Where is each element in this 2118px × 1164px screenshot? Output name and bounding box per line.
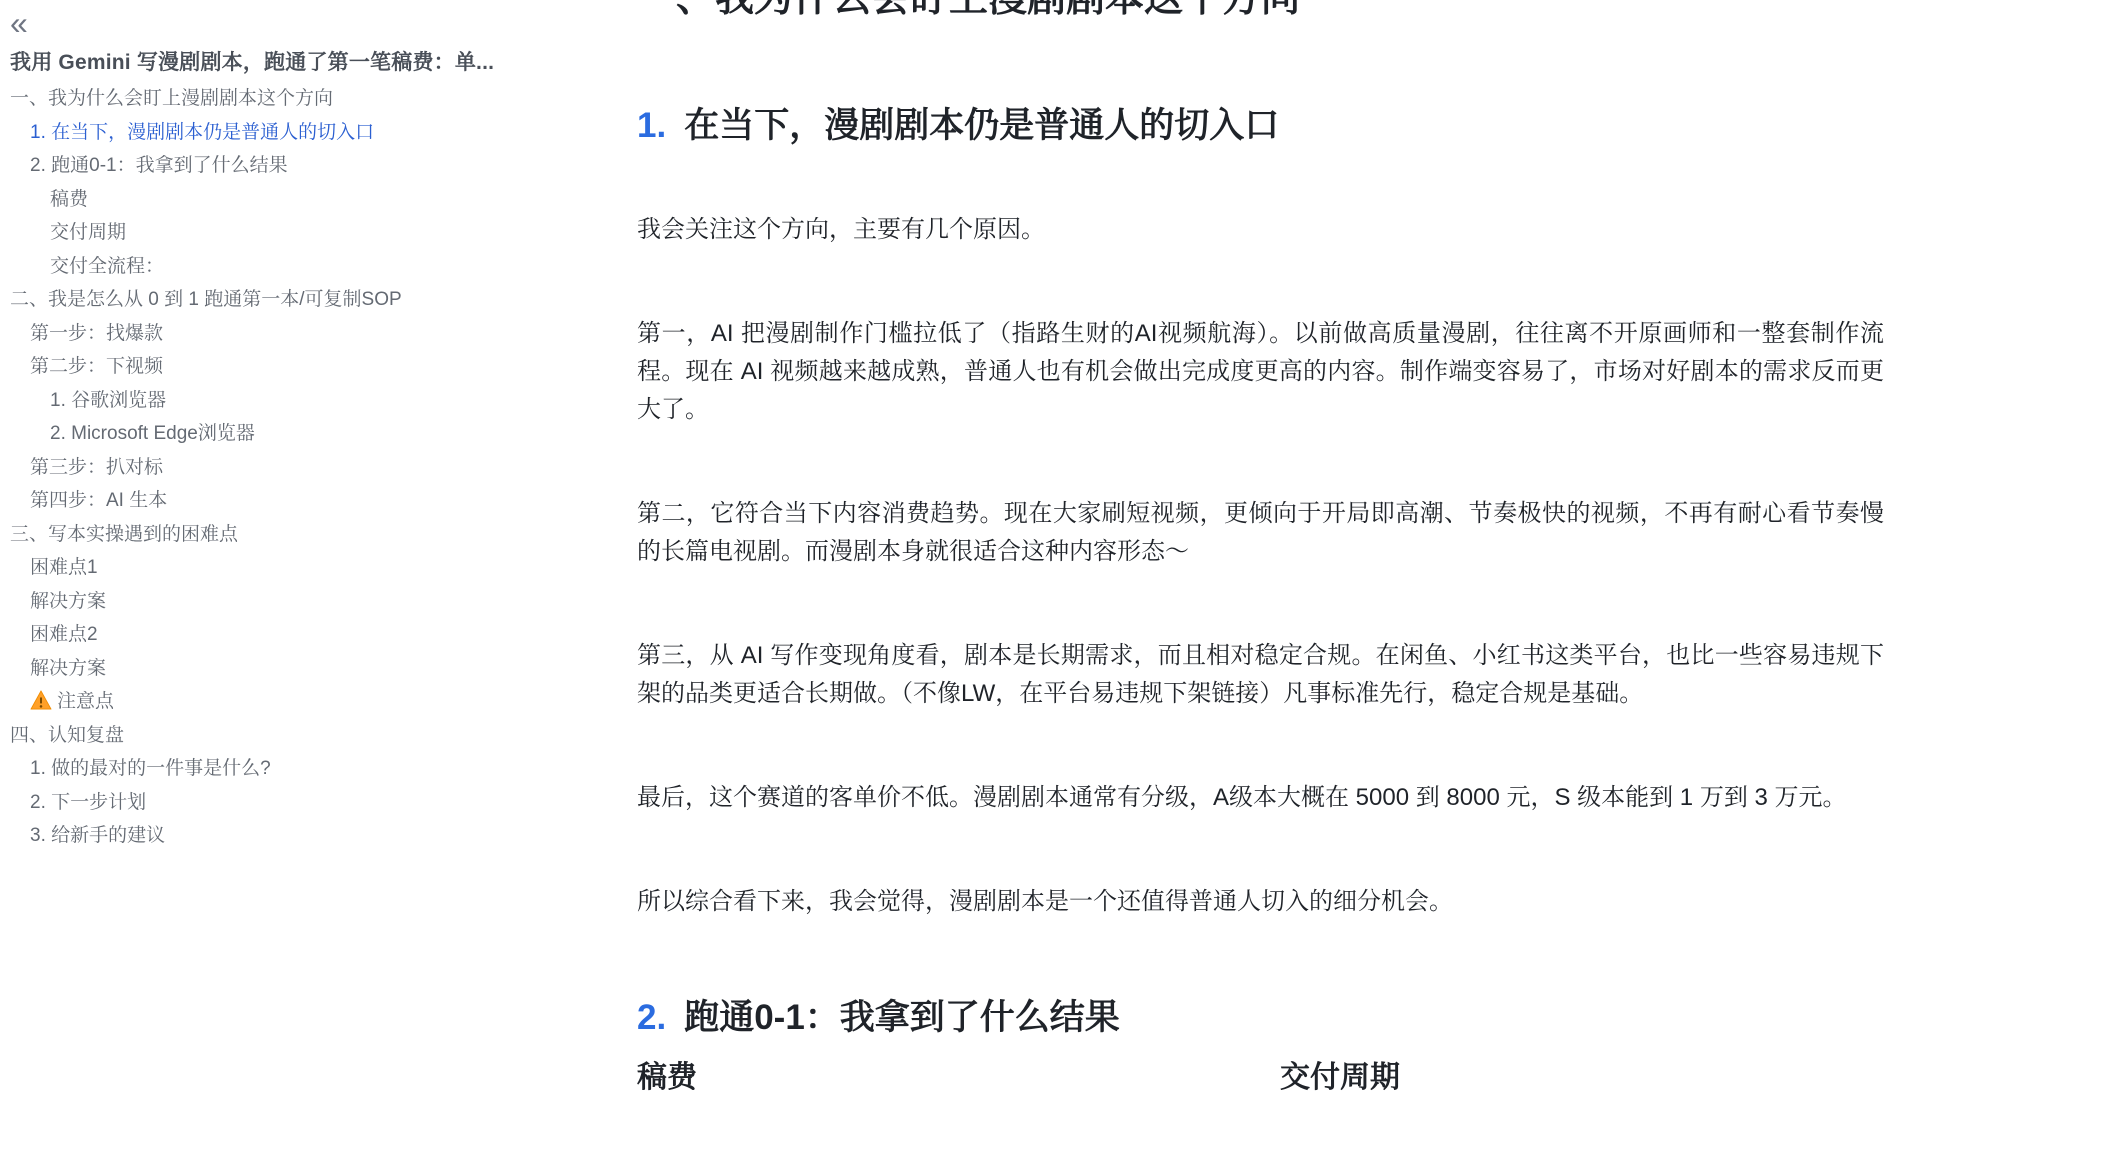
- heading-text: 在当下，漫剧剧本仍是普通人的切入口: [684, 106, 1279, 145]
- document-body: 1.在当下，漫剧剧本仍是普通人的切入口 我会关注这个方向，主要有几个原因。 第一…: [637, 0, 1884, 1098]
- toc-item[interactable]: 2. 下一步计划: [10, 784, 500, 818]
- paragraph: 第三，从 AI 写作变现角度看，剧本是长期需求，而且相对稳定合规。在闲鱼、小红书…: [637, 637, 1884, 713]
- toc-item[interactable]: 第二步：下视频: [10, 348, 500, 382]
- toc-item[interactable]: 三、写本实操遇到的困难点: [10, 516, 500, 550]
- warning-icon: [30, 690, 52, 710]
- double-chevron-left-icon: «: [10, 8, 28, 38]
- toc-item[interactable]: 稿费: [10, 181, 500, 215]
- toc-item[interactable]: 1. 谷歌浏览器: [10, 382, 500, 416]
- toc-item[interactable]: 困难点1: [10, 549, 500, 583]
- table-of-contents: 一、我为什么会盯上漫剧剧本这个方向 1. 在当下，漫剧剧本仍是普通人的切入口 2…: [10, 80, 500, 851]
- toc-item[interactable]: 3. 给新手的建议: [10, 817, 500, 851]
- subsection-heading: 2.跑通0-1：我拿到了什么结果: [637, 994, 1884, 1042]
- collapse-sidebar-button[interactable]: «: [10, 6, 46, 40]
- toc-item[interactable]: 一、我为什么会盯上漫剧剧本这个方向: [10, 80, 500, 114]
- toc-item[interactable]: 2. Microsoft Edge浏览器: [10, 415, 500, 449]
- subsection-heading: 1.在当下，漫剧剧本仍是普通人的切入口: [637, 102, 1884, 150]
- paragraph: 第二，它符合当下内容消费趋势。现在大家刷短视频，更倾向于开局即高潮、节奏极快的视…: [637, 495, 1884, 571]
- paragraph: 第一，AI 把漫剧制作门槛拉低了（指路生财的AI视频航海）。以前做高质量漫剧，往…: [637, 315, 1884, 429]
- toc-item[interactable]: 四、认知复盘: [10, 717, 500, 751]
- document-app: « 我用 Gemini 写漫剧剧本，跑通了第一笔稿费：单... 一、我为什么会盯…: [0, 0, 2118, 1164]
- section-heading-1: 一、我为什么会盯上漫剧剧本这个方向: [637, 0, 1300, 19]
- toc-item-active[interactable]: 1. 在当下，漫剧剧本仍是普通人的切入口: [10, 114, 500, 148]
- toc-item[interactable]: 1. 做的最对的一件事是什么?: [10, 750, 500, 784]
- heading-text: 跑通0-1：我拿到了什么结果: [684, 998, 1120, 1037]
- toc-item[interactable]: 交付周期: [10, 214, 500, 248]
- toc-item[interactable]: 解决方案: [10, 650, 500, 684]
- toc-sidebar: « 我用 Gemini 写漫剧剧本，跑通了第一笔稿费：单... 一、我为什么会盯…: [0, 0, 500, 1164]
- toc-item[interactable]: 交付全流程：: [10, 248, 500, 282]
- toc-item[interactable]: 第四步：AI 生本: [10, 482, 500, 516]
- column-heading-left: 稿费: [637, 1058, 1280, 1098]
- toc-item[interactable]: 解决方案: [10, 583, 500, 617]
- doc-title: 我用 Gemini 写漫剧剧本，跑通了第一笔稿费：单...: [10, 46, 496, 76]
- toc-item[interactable]: 二、我是怎么从 0 到 1 跑通第一本/可复制SOP: [10, 281, 500, 315]
- paragraph: 最后，这个赛道的客单价不低。漫剧剧本通常有分级，A级本大概在 5000 到 80…: [637, 779, 1884, 817]
- paragraph: 所以综合看下来，我会觉得，漫剧剧本是一个还值得普通人切入的细分机会。: [637, 883, 1884, 921]
- paragraph: 我会关注这个方向，主要有几个原因。: [637, 211, 1884, 249]
- toc-item[interactable]: 困难点2: [10, 616, 500, 650]
- toc-item-label: 注意点: [57, 686, 114, 713]
- column-heading-right: 交付周期: [1280, 1058, 1884, 1098]
- heading-number: 1.: [637, 106, 666, 145]
- heading-number: 2.: [637, 998, 666, 1037]
- document-content: 一、我为什么会盯上漫剧剧本这个方向 1.在当下，漫剧剧本仍是普通人的切入口 我会…: [637, 0, 1884, 1098]
- toc-item[interactable]: 2. 跑通0-1：我拿到了什么结果: [10, 147, 500, 181]
- toc-item-warning[interactable]: 注意点: [10, 683, 500, 717]
- toc-item[interactable]: 第三步：扒对标: [10, 449, 500, 483]
- two-column-row: 稿费 交付周期: [637, 1058, 1884, 1098]
- toc-item[interactable]: 第一步：找爆款: [10, 315, 500, 349]
